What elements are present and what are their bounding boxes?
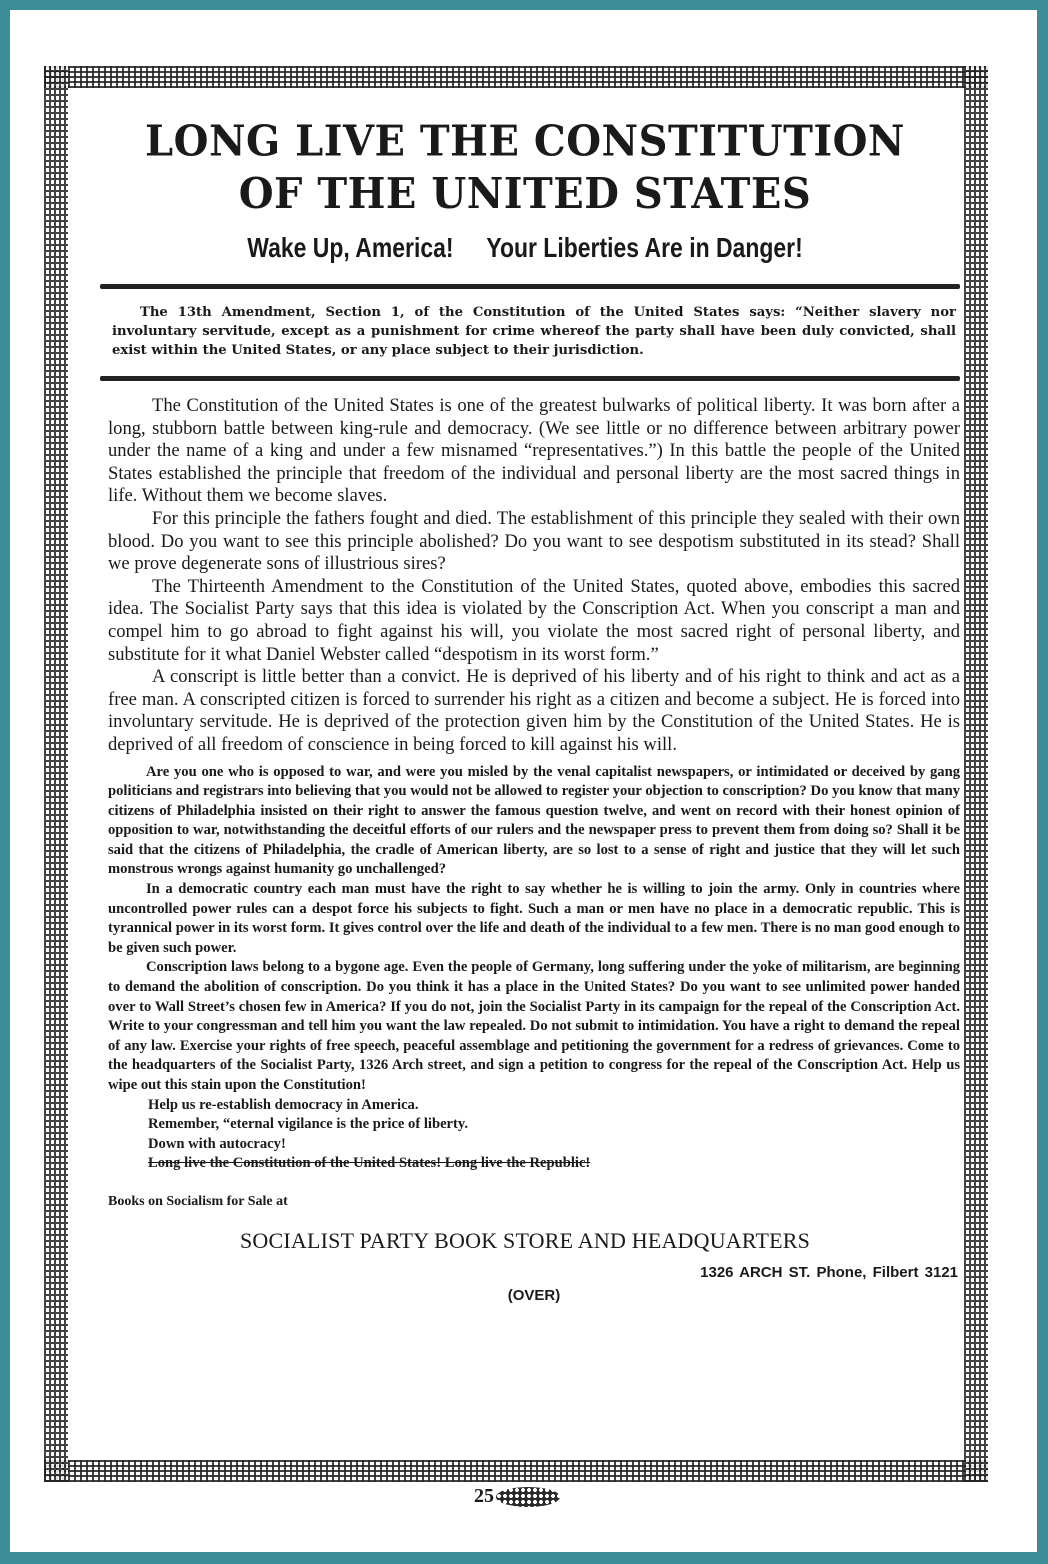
divider-rule: [100, 376, 960, 381]
slogans: Help us re-establish democracy in Americ…: [148, 1096, 960, 1174]
books-notice: Books on Socialism for Sale at: [108, 1194, 960, 1210]
divider-rule: [100, 284, 960, 289]
subheadline: Wake Up, America!Your Liberties Are in D…: [168, 232, 881, 264]
store-name: SOCIALIST PARTY BOOK STORE AND HEADQUART…: [90, 1228, 960, 1254]
border-top: [44, 66, 988, 88]
headline: LONG LIVE THE CONSTITUTION OF THE UNITED…: [90, 116, 960, 221]
slogan: Help us re-establish democracy in Americ…: [148, 1096, 960, 1116]
paragraph: The Thirteenth Amendment to the Constitu…: [108, 576, 960, 666]
paragraph: The Constitution of the United States is…: [108, 395, 960, 508]
slogan: Down with autocracy!: [148, 1135, 960, 1155]
flyer-content: LONG LIVE THE CONSTITUTION OF THE UNITED…: [90, 96, 960, 1304]
ornament-icon: [496, 1487, 560, 1507]
paragraph: Are you one who is opposed to war, and w…: [108, 763, 960, 881]
body-small-text: Are you one who is opposed to war, and w…: [108, 763, 960, 1096]
slogan: Long live the Constitution of the United…: [148, 1154, 960, 1174]
subheadline-right: Your Liberties Are in Danger!: [486, 232, 802, 263]
page-number-text: 25: [474, 1485, 494, 1508]
slogan: Remember, “eternal vigilance is the pric…: [148, 1115, 960, 1135]
subheadline-left: Wake Up, America!: [247, 232, 453, 263]
paragraph: For this principle the fathers fought an…: [108, 508, 960, 576]
border-right: [964, 66, 988, 1482]
body-large-text: The Constitution of the United States is…: [108, 395, 960, 757]
headline-line-1: LONG LIVE THE CONSTITUTION: [90, 116, 960, 169]
paragraph: Conscription laws belong to a bygone age…: [108, 958, 960, 1095]
paragraph: In a democratic country each man must ha…: [108, 880, 960, 958]
paragraph: A conscript is little better than a conv…: [108, 666, 960, 756]
page-number: 25: [474, 1485, 560, 1508]
border-left: [44, 66, 68, 1482]
over-notice: (OVER): [108, 1287, 960, 1304]
amendment-quote: The 13th Amendment, Section 1, of the Co…: [112, 303, 956, 360]
store-address: 1326 ARCH ST. Phone, Filbert 3121: [90, 1264, 958, 1281]
border-bottom: [44, 1460, 988, 1482]
document-page: LONG LIVE THE CONSTITUTION OF THE UNITED…: [10, 10, 1037, 1552]
headline-line-2: OF THE UNITED STATES: [90, 168, 960, 221]
